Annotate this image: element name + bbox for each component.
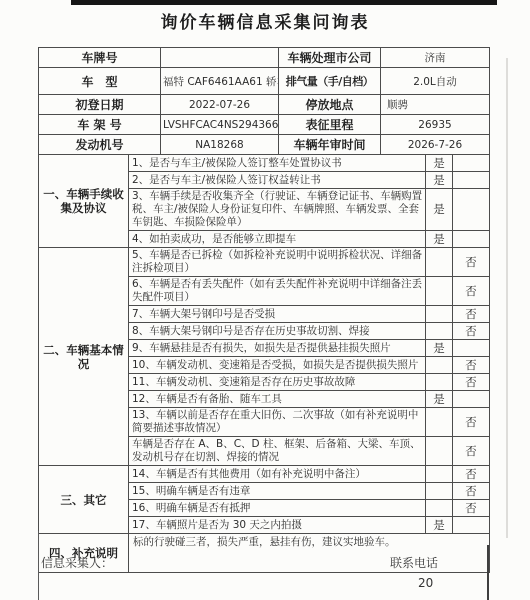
field-label: 车 型 — [39, 68, 161, 95]
answer-yes-cell — [426, 277, 453, 306]
answer-yes-cell: 是 — [426, 391, 453, 408]
answer-yes-cell: 是 — [426, 340, 453, 357]
info-row: 车 架 号LVSHFCAC4NS294366表征里程26935 — [39, 115, 490, 135]
scan-artifact-right-edge — [487, 545, 489, 600]
field-label: 排气量（手/自档） — [279, 68, 381, 95]
answer-yes-cell: 是 — [426, 155, 453, 172]
answer-no-cell: 否 — [453, 437, 490, 466]
answer-no-cell: 否 — [453, 500, 490, 517]
answer-no-cell — [453, 189, 490, 231]
form-title: 询价车辆信息采集问询表 — [0, 8, 530, 33]
answer-no-cell: 否 — [453, 248, 490, 277]
field-label: 发动机号 — [39, 135, 161, 155]
answer-yes-cell — [426, 357, 453, 374]
answer-no-cell — [453, 517, 490, 534]
scan-artifact-faint-line — [506, 58, 508, 538]
date-fragment: 20 — [418, 576, 433, 590]
question-text: 10、车辆发动机、变速箱是否受损，如损失是否提供损失照片 — [129, 357, 426, 374]
answer-yes-cell — [426, 483, 453, 500]
answer-no-cell: 否 — [453, 277, 490, 306]
question-text: 8、车辆大架号钢印号是否存在历史事故切割、焊接 — [129, 323, 426, 340]
info-row: 初登日期2022-07-26停放地点顺骋 — [39, 95, 490, 115]
field-value: NA18268 — [161, 135, 279, 155]
field-value — [161, 48, 279, 68]
question-text: 6、车辆是否有丢失配件（如有丢失配件补充说明中详细备注丢失配件项目） — [129, 277, 426, 306]
question-row: 一、车辆手续收集及协议1、是否与车主/被保险人签订整车处置协议书是 — [39, 155, 490, 172]
question-text: 2、是否与车主/被保险人签订权益转让书 — [129, 172, 426, 189]
field-value: 顺骋 — [381, 95, 490, 115]
field-value: 26935 — [381, 115, 490, 135]
answer-yes-cell — [426, 408, 453, 437]
answer-no-cell — [453, 340, 490, 357]
field-value: 济南 — [381, 48, 490, 68]
answer-no-cell: 否 — [453, 466, 490, 483]
answer-yes-cell — [426, 466, 453, 483]
answer-no-cell — [453, 172, 490, 189]
collector-label: 信息采集人： — [41, 554, 113, 571]
question-text: 车辆是否存在 A、B、C、D 柱、框架、后备箱、大梁、车顶、发动机号存在切割、焊… — [129, 437, 426, 466]
answer-yes-cell — [426, 248, 453, 277]
question-text: 17、车辆照片是否为 30 天之内拍摄 — [129, 517, 426, 534]
answer-yes-cell: 是 — [426, 517, 453, 534]
answer-yes-cell — [426, 437, 453, 466]
question-text: 13、车辆以前是否存在重大旧伤、二次事故（如有补充说明中简要描述事故情况） — [129, 408, 426, 437]
answer-yes-cell — [426, 306, 453, 323]
answer-no-cell — [453, 155, 490, 172]
field-label: 表征里程 — [279, 115, 381, 135]
section-label: 二、车辆基本情况 — [39, 248, 129, 466]
answer-yes-cell — [426, 374, 453, 391]
answer-yes-cell — [426, 323, 453, 340]
answer-yes-cell: 是 — [426, 189, 453, 231]
question-text: 16、明确车辆是否有抵押 — [129, 500, 426, 517]
answer-no-cell: 否 — [453, 306, 490, 323]
question-text: 9、车辆悬挂是否有损失，如损失是否提供悬挂损失照片 — [129, 340, 426, 357]
info-row: 车牌号车辆处理市公司济南 — [39, 48, 490, 68]
section-label: 三、其它 — [39, 466, 129, 534]
field-label: 初登日期 — [39, 95, 161, 115]
field-label: 停放地点 — [279, 95, 381, 115]
answer-no-cell: 否 — [453, 323, 490, 340]
field-label: 车牌号 — [39, 48, 161, 68]
answer-no-cell: 否 — [453, 374, 490, 391]
info-row: 车 型福特 CAF6461AA61 轿车排气量（手/自档）2.0L自动 — [39, 68, 490, 95]
field-value: 2026-7-26 — [381, 135, 490, 155]
question-text: 11、车辆发动机、变速箱是否存在历史事故故障 — [129, 374, 426, 391]
question-text: 7、车辆大架号钢印号是否受损 — [129, 306, 426, 323]
scan-artifact-top-bar — [71, 0, 497, 5]
answer-no-cell — [453, 231, 490, 248]
field-value: 2.0L自动 — [381, 68, 490, 95]
question-text: 12、车辆是否有备胎、随车工具 — [129, 391, 426, 408]
answer-no-cell — [453, 391, 490, 408]
answer-no-cell: 否 — [453, 408, 490, 437]
question-text: 15、明确车辆是否有违章 — [129, 483, 426, 500]
answer-yes-cell: 是 — [426, 231, 453, 248]
field-label: 车 架 号 — [39, 115, 161, 135]
question-text: 5、车辆是否已拆检（如拆检补充说明中说明拆检状况、详细备注拆检项目） — [129, 248, 426, 277]
scan-artifact-left-edge — [38, 531, 39, 600]
question-text: 4、如拍卖成功，是否能够立即提车 — [129, 231, 426, 248]
question-text: 1、是否与车主/被保险人签订整车处置协议书 — [129, 155, 426, 172]
scanned-inquiry-form-page: 询价车辆信息采集问询表 车牌号车辆处理市公司济南车 型福特 CAF6461AA6… — [0, 0, 530, 600]
field-label: 车辆处理市公司 — [279, 48, 381, 68]
section-label: 一、车辆手续收集及协议 — [39, 155, 129, 248]
question-text: 3、车辆手续是否收集齐全（行驶证、车辆登记证书、车辆购置税、车主/被保险人身份证… — [129, 189, 426, 231]
question-table: 一、车辆手续收集及协议1、是否与车主/被保险人签订整车处置协议书是2、是否与车主… — [38, 154, 490, 573]
answer-yes-cell — [426, 500, 453, 517]
form-tables: 车牌号车辆处理市公司济南车 型福特 CAF6461AA61 轿车排气量（手/自档… — [38, 47, 489, 573]
vehicle-info-table: 车牌号车辆处理市公司济南车 型福特 CAF6461AA61 轿车排气量（手/自档… — [38, 47, 490, 155]
field-label: 车辆年审时间 — [279, 135, 381, 155]
answer-no-cell: 否 — [453, 483, 490, 500]
phone-label: 联系电话 — [390, 554, 438, 571]
field-value: 2022-07-26 — [161, 95, 279, 115]
info-row: 发动机号NA18268车辆年审时间2026-7-26 — [39, 135, 490, 155]
field-value: LVSHFCAC4NS294366 — [161, 115, 279, 135]
question-text: 14、车辆是否有其他费用（如有补充说明中备注） — [129, 466, 426, 483]
answer-no-cell: 否 — [453, 357, 490, 374]
field-value: 福特 CAF6461AA61 轿车 — [161, 68, 279, 95]
answer-yes-cell: 是 — [426, 172, 453, 189]
question-row: 三、其它14、车辆是否有其他费用（如有补充说明中备注）否 — [39, 466, 490, 483]
question-row: 二、车辆基本情况5、车辆是否已拆检（如拆检补充说明中说明拆检状况、详细备注拆检项… — [39, 248, 490, 277]
